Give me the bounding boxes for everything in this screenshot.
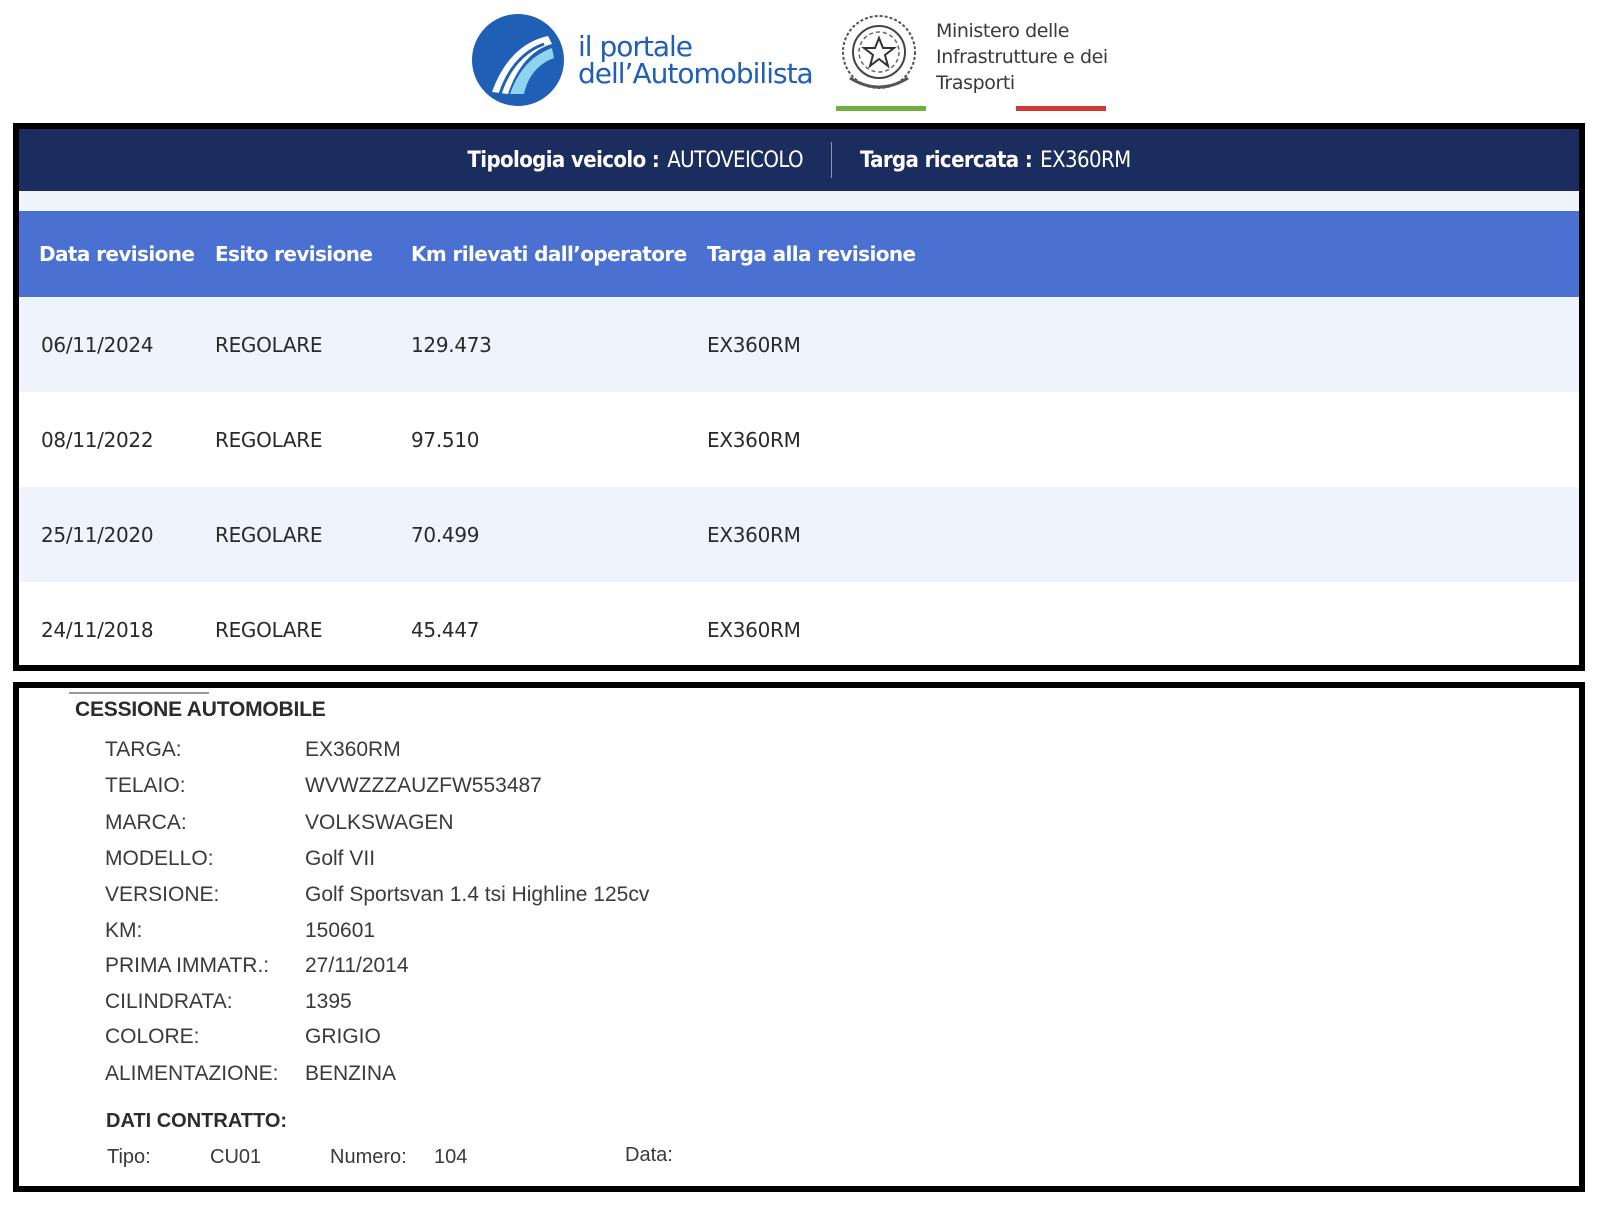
header-logos: il portale dell’Automobilista Ministero … — [0, 0, 1600, 120]
document-title: CESSIONE AUTOMOBILE — [75, 698, 326, 722]
field-value: 1395 — [305, 990, 352, 1014]
field-km: KM: 150601 — [105, 919, 375, 943]
field-value: EX360RM — [305, 738, 401, 762]
col-header-date: Data revisione — [19, 242, 215, 266]
cell-outcome: REGOLARE — [215, 523, 411, 547]
cell-date: 25/11/2020 — [19, 523, 215, 547]
cell-plate: EX360RM — [707, 333, 1007, 357]
cell-plate: EX360RM — [707, 428, 1007, 452]
summary-divider — [831, 142, 832, 178]
revisions-panel: Tipologia veicolo : AUTOVEICOLO Targa ri… — [13, 123, 1585, 671]
ministry-line-2: Infrastrutture e dei — [936, 44, 1136, 70]
field-value: BENZINA — [305, 1062, 396, 1086]
cell-km: 45.447 — [411, 618, 707, 642]
field-label: KM: — [105, 919, 305, 943]
field-label: VERSIONE: — [105, 883, 305, 907]
vehicle-type-label: Tipologia veicolo : — [467, 148, 659, 173]
field-value: 27/11/2014 — [305, 954, 409, 978]
field-cilindrata: CILINDRATA: 1395 — [105, 990, 352, 1014]
field-marca: MARCA: VOLKSWAGEN — [105, 811, 454, 835]
field-prima-immatricolazione: PRIMA IMMATR.: 27/11/2014 — [105, 954, 409, 978]
cell-date: 06/11/2024 — [19, 333, 215, 357]
contract-data-label: Data: — [625, 1144, 673, 1167]
contract-section-title: DATI CONTRATTO: — [106, 1110, 287, 1133]
contract-tipo-value: CU01 — [210, 1146, 261, 1169]
contract-numero-value: 104 — [434, 1146, 467, 1169]
cell-outcome: REGOLARE — [215, 618, 411, 642]
field-telaio: TELAIO: WVWZZZAUZFW553487 — [105, 774, 542, 798]
cell-outcome: REGOLARE — [215, 333, 411, 357]
field-targa: TARGA: EX360RM — [105, 738, 401, 762]
table-row: 24/11/2018 REGOLARE 45.447 EX360RM — [19, 582, 1579, 671]
table-row: 25/11/2020 REGOLARE 70.499 EX360RM — [19, 487, 1579, 582]
field-label: MARCA: — [105, 811, 305, 835]
document-top-rule — [69, 692, 209, 694]
col-header-outcome: Esito revisione — [215, 242, 411, 266]
vehicle-summary-bar: Tipologia veicolo : AUTOVEICOLO Targa ri… — [19, 129, 1579, 191]
cell-outcome: REGOLARE — [215, 428, 411, 452]
field-modello: MODELLO: Golf VII — [105, 847, 375, 871]
flag-stripe-red — [1016, 106, 1106, 111]
field-versione: VERSIONE: Golf Sportsvan 1.4 tsi Highlin… — [105, 883, 649, 907]
field-value: VOLKSWAGEN — [305, 811, 454, 835]
field-label: MODELLO: — [105, 847, 305, 871]
col-header-plate: Targa alla revisione — [707, 242, 1007, 266]
ministry-line-3: Trasporti — [936, 70, 1136, 96]
contract-tipo-label: Tipo: — [107, 1146, 151, 1169]
field-alimentazione: ALIMENTAZIONE: BENZINA — [105, 1062, 396, 1086]
flag-stripe-green — [836, 106, 926, 111]
vehicle-type-value: AUTOVEICOLO — [667, 148, 803, 173]
col-header-km: Km rilevati dall’operatore — [411, 242, 707, 266]
field-value: Golf Sportsvan 1.4 tsi Highline 125cv — [305, 883, 649, 907]
field-value: 150601 — [305, 919, 375, 943]
road-arc-icon — [472, 14, 564, 106]
cell-km: 97.510 — [411, 428, 707, 452]
field-value: GRIGIO — [305, 1025, 381, 1049]
field-label: TARGA: — [105, 738, 305, 762]
ministry-line-1: Ministero delle — [936, 18, 1136, 44]
field-label: ALIMENTAZIONE: — [105, 1062, 305, 1086]
field-label: COLORE: — [105, 1025, 305, 1049]
contract-numero-label: Numero: — [330, 1146, 407, 1169]
field-label: TELAIO: — [105, 774, 305, 798]
searched-plate-value: EX360RM — [1040, 148, 1130, 173]
searched-plate-label: Targa ricercata : — [860, 148, 1032, 173]
field-colore: COLORE: GRIGIO — [105, 1025, 381, 1049]
revisions-table-header: Data revisione Esito revisione Km rileva… — [19, 211, 1579, 297]
table-row: 08/11/2022 REGOLARE 97.510 EX360RM — [19, 392, 1579, 487]
portal-logo-line1: il portale — [578, 33, 813, 60]
field-value: Golf VII — [305, 847, 375, 871]
portal-logo-line2: dell’Automobilista — [578, 60, 813, 87]
field-value: WVWZZZAUZFW553487 — [305, 774, 542, 798]
cell-date: 24/11/2018 — [19, 618, 215, 642]
spacer-band — [19, 191, 1579, 211]
cell-km: 70.499 — [411, 523, 707, 547]
italian-republic-emblem-icon — [836, 8, 922, 100]
cell-km: 129.473 — [411, 333, 707, 357]
field-label: CILINDRATA: — [105, 990, 305, 1014]
cell-plate: EX360RM — [707, 523, 1007, 547]
sale-document-panel: CESSIONE AUTOMOBILE TARGA: EX360RM TELAI… — [13, 682, 1585, 1192]
field-label: PRIMA IMMATR.: — [105, 954, 305, 978]
cell-plate: EX360RM — [707, 618, 1007, 642]
portale-automobilista-logo: il portale dell’Automobilista — [472, 14, 813, 106]
table-row: 06/11/2024 REGOLARE 129.473 EX360RM — [19, 297, 1579, 392]
cell-date: 08/11/2022 — [19, 428, 215, 452]
